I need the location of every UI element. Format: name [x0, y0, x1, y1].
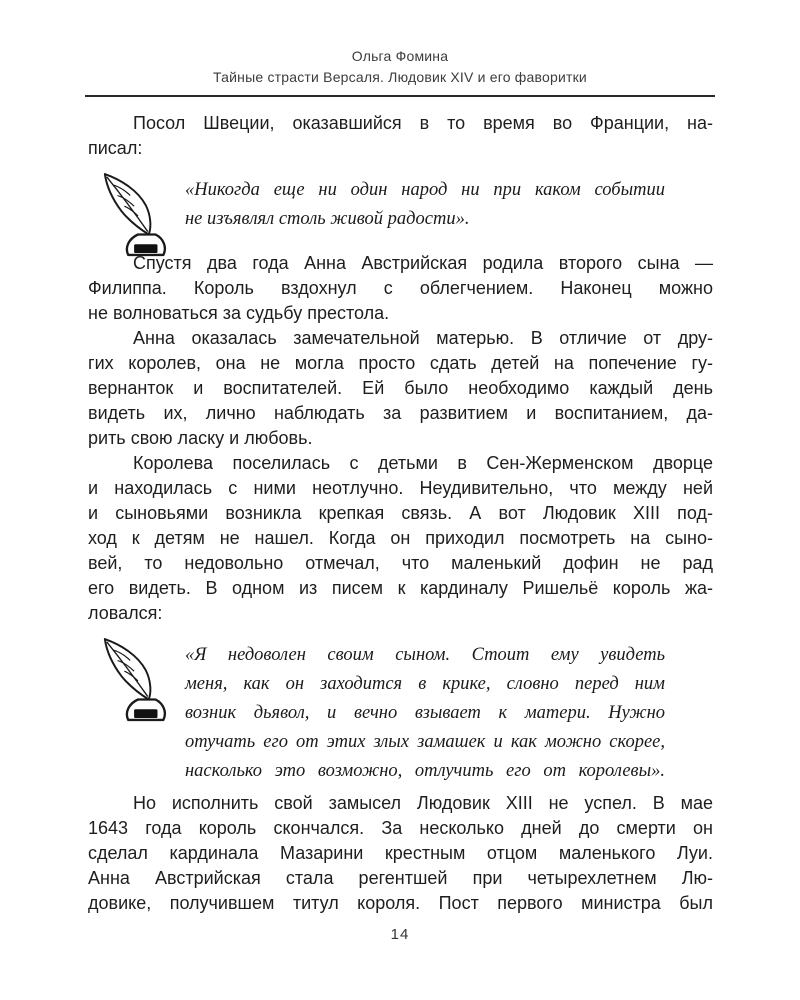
quill-inkwell-icon [99, 637, 177, 723]
page-header: Ольга Фомина Тайные страсти Версаля. Люд… [0, 0, 800, 88]
quote-text: «Я недоволен своим сыном. Стоит ему увид… [185, 641, 665, 786]
paragraph: Но исполнить свой замысел Людовик XIII н… [88, 791, 713, 916]
quote-block: «Я недоволен своим сыном. Стоит ему увид… [185, 641, 665, 786]
paragraph: Посол Швеции, оказавшийся в то время во … [88, 111, 713, 161]
header-author: Ольга Фомина [0, 46, 800, 67]
quill-inkwell-icon [99, 172, 177, 258]
header-rule [85, 95, 715, 97]
quote-block: «Никогда еще ни один народ ни при каком … [185, 176, 665, 234]
paragraph: Спустя два года Анна Австрийская родила … [88, 251, 713, 326]
quote-text: «Никогда еще ни один народ ни при каком … [185, 176, 665, 234]
header-book-title: Тайные страсти Версаля. Людовик XIV и ег… [0, 67, 800, 88]
page-body: Посол Швеции, оказавшийся в то время во … [88, 111, 713, 916]
page-number: 14 [391, 926, 410, 943]
paragraph: Королева поселилась с детьми в Сен-Жерме… [88, 451, 713, 626]
book-page: Ольга Фомина Тайные страсти Версаля. Люд… [0, 0, 800, 1000]
page-footer: 14 [0, 926, 800, 943]
paragraph: Анна оказалась замечательной матерью. В … [88, 326, 713, 451]
